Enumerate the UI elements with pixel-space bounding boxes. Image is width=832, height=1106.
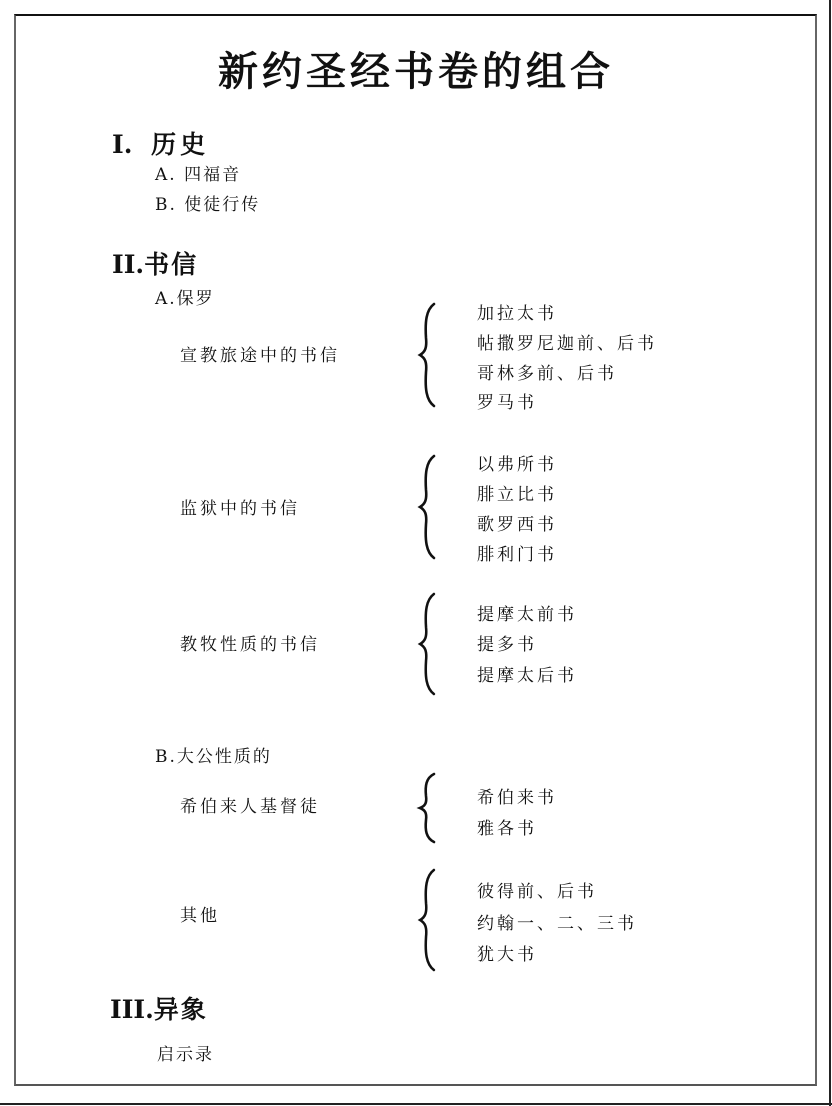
book-item: 约翰一、二、三书 bbox=[477, 909, 637, 934]
brace-icon bbox=[416, 772, 440, 844]
section-numeral: I. bbox=[112, 130, 132, 159]
group-pastoral-letters: 教牧性质的书信 bbox=[180, 630, 320, 655]
book-item: 腓立比书 bbox=[477, 480, 557, 505]
section-heading-epistles: II.书信 bbox=[112, 245, 198, 281]
brace-icon bbox=[416, 592, 440, 696]
section-title: 书信 bbox=[144, 250, 198, 279]
book-item: 提摩太后书 bbox=[477, 661, 577, 686]
page-edge-bottom bbox=[0, 1103, 832, 1105]
section-heading-vision: III.异象 bbox=[110, 990, 208, 1026]
group-missionary-letters: 宣教旅途中的书信 bbox=[180, 341, 340, 366]
section-title: 历史 bbox=[151, 130, 209, 159]
book-item: 腓利门书 bbox=[477, 540, 557, 565]
section-title: 异象 bbox=[154, 995, 208, 1024]
subsection-general: B.大公性质的 bbox=[155, 742, 272, 767]
section-numeral: III. bbox=[110, 995, 154, 1024]
book-item: 彼得前、后书 bbox=[477, 877, 597, 902]
book-revelation: 启示录 bbox=[157, 1040, 214, 1065]
book-item: 以弗所书 bbox=[477, 450, 557, 475]
group-hebrew-christians: 希伯来人基督徒 bbox=[180, 792, 320, 817]
book-item: 提多书 bbox=[477, 630, 537, 655]
page-title: 新约圣经书卷的组合 bbox=[0, 40, 832, 97]
page-edge-right bbox=[829, 0, 831, 1106]
group-others: 其他 bbox=[180, 901, 220, 926]
book-item: 希伯来书 bbox=[477, 783, 557, 808]
group-prison-letters: 监狱中的书信 bbox=[180, 494, 300, 519]
section-heading-history: I. 历史 bbox=[112, 125, 209, 161]
subsection-gospels: A. 四福音 bbox=[155, 160, 241, 185]
book-item: 犹大书 bbox=[477, 940, 537, 965]
brace-icon bbox=[416, 302, 440, 408]
section-numeral: II. bbox=[112, 250, 144, 279]
book-item: 帖撒罗尼迦前、后书 bbox=[477, 329, 657, 354]
brace-icon bbox=[416, 454, 440, 560]
book-item: 歌罗西书 bbox=[477, 510, 557, 535]
book-item: 哥林多前、后书 bbox=[477, 359, 617, 384]
book-item: 雅各书 bbox=[477, 814, 537, 839]
book-item: 罗马书 bbox=[477, 388, 537, 413]
subsection-paul: A.保罗 bbox=[155, 284, 215, 309]
book-item: 提摩太前书 bbox=[477, 600, 577, 625]
brace-icon bbox=[416, 868, 440, 972]
subsection-acts: B. 使徒行传 bbox=[155, 190, 260, 215]
book-item: 加拉太书 bbox=[477, 299, 557, 324]
